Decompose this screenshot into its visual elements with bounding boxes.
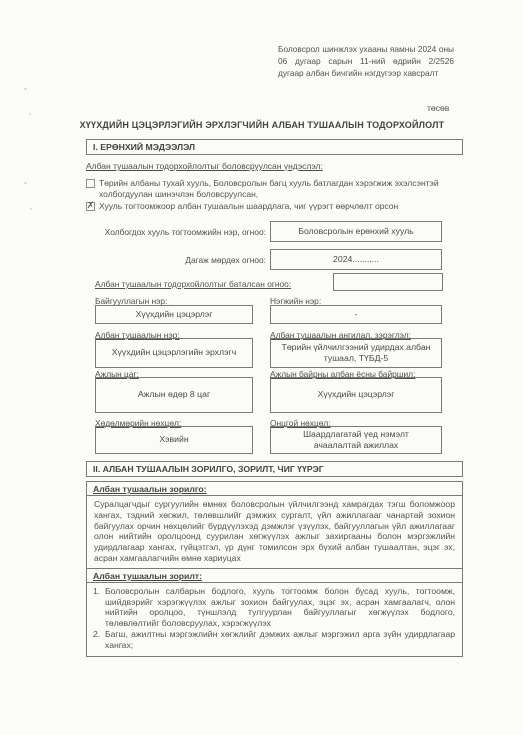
- document-page: Боловсрол шинжлэх ухааны яамны 2024 оны …: [0, 0, 523, 735]
- objective-item: 1. Боловсролын салбарын бодлого, хууль т…: [93, 586, 455, 629]
- checkbox-checked-icon: ✗: [86, 202, 95, 211]
- scan-speckle: [24, 182, 27, 184]
- document-title: ХҮҮХДИЙН ЦЭЦЭРЛЭГИЙН ЭРХЛЭГЧИЙН АЛБАН ТУ…: [62, 120, 462, 130]
- objectives-list: 1. Боловсролын салбарын бодлого, хууль т…: [87, 583, 462, 656]
- scan-speckle: [29, 113, 31, 115]
- objective-number: 1.: [93, 586, 105, 629]
- related-law-label: Холбогдох хууль тогтоомжийн нэр, огноо:: [86, 227, 266, 237]
- position-class-value: Төрийн үйлчилгээний удирдах албан тушаал…: [270, 338, 442, 368]
- work-location-value: Хүүхдийн цэцэрлэг: [270, 377, 442, 413]
- objective-item: 2. Багш, ажилтны мэргэжлийн хөгжлийг дэм…: [93, 629, 455, 651]
- draft-label: төсөв: [427, 103, 449, 113]
- purpose-text: Суралцагчдыг сургуулийн өмнөх боловсролы…: [87, 496, 462, 569]
- approved-date-label: Албан тушаалын тодорхойлолтыг баталсан о…: [95, 279, 291, 289]
- purpose-heading: Албан тушаалын зорилго:: [87, 482, 462, 496]
- special-conditions-value: Шаардлагатай үед нэмэлт ачаалалтай ажилл…: [270, 426, 442, 454]
- section-1-header: I. ЕРӨНХИЙ МЭДЭЭЛЭЛ: [86, 139, 463, 155]
- objective-number: 2.: [93, 629, 105, 651]
- basis-option-2-label: Хууль тогтоомжоор албан тушаалын шаардла…: [99, 201, 398, 212]
- org-name-value: Хүүхдийн цэцэрлэг: [95, 305, 253, 324]
- approved-date-value: [333, 273, 443, 291]
- section-2-body: Албан тушаалын зорилго: Суралцагчдыг сур…: [86, 481, 463, 657]
- related-law-value: Боловсролын ерөнхий хууль: [270, 221, 442, 242]
- objectives-heading: Албан тушаалын зорилт:: [87, 569, 462, 583]
- effective-date-value: 2024...........: [270, 249, 442, 270]
- basis-option-1-label: Төрийн албаны тухай хууль, Боловсролын б…: [99, 178, 462, 200]
- objective-text: Багш, ажилтны мэргэжлийн хөгжлийг дэмжих…: [105, 629, 455, 651]
- scan-speckle: [30, 208, 32, 210]
- header-annotation: Боловсрол шинжлэх ухааны яамны 2024 оны …: [278, 44, 454, 79]
- basis-option-1: Төрийн албаны тухай хууль, Боловсролын б…: [86, 178, 462, 200]
- basis-heading: Албан тушаалын тодорхойлолтыг боловсруул…: [86, 161, 323, 171]
- basis-option-2: ✗ Хууль тогтоомжоор албан тушаалын шаард…: [86, 201, 462, 212]
- effective-date-label: Дагаж мөрдөх огноо:: [86, 255, 266, 265]
- position-name-value: Хүүхдийн цэцэрлэгийн эрхлэгч: [95, 338, 253, 368]
- scan-speckle: [24, 88, 27, 90]
- work-hours-value: Ажлын өдөр 8 цаг: [95, 377, 253, 413]
- unit-name-value: -: [270, 305, 442, 324]
- section-2-header: II. АЛБАН ТУШААЛЫН ЗОРИЛГО, ЗОРИЛТ, ЧИГ …: [86, 461, 463, 477]
- labor-conditions-value: Хэвийн: [95, 426, 253, 454]
- objective-text: Боловсролын салбарын бодлого, хууль тогт…: [105, 586, 455, 629]
- checkbox-unchecked-icon: [86, 179, 95, 188]
